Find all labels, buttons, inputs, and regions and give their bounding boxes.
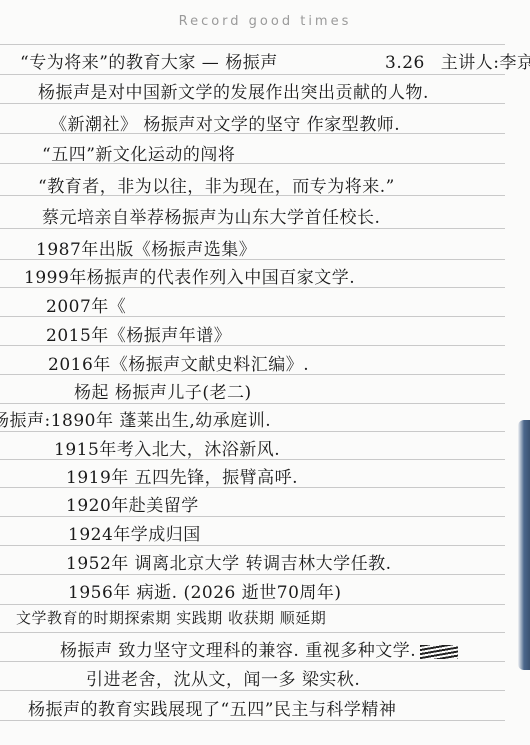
note-line: 2007年《 — [46, 292, 126, 317]
page-header: Record good times — [0, 14, 530, 29]
rule — [0, 545, 505, 546]
rule — [0, 574, 505, 575]
note-line: 1956年 病逝. (2026 逝世70周年) — [68, 578, 342, 603]
note-line: “五四”新文化运动的闯将 — [42, 140, 235, 165]
note-line: 引进老舍，沈从文，闻一多 梁实秋. — [86, 665, 360, 690]
note-line: 1924年学成归国 — [68, 520, 201, 545]
rule — [0, 44, 505, 45]
rule — [0, 516, 505, 517]
page-edge-shadow — [518, 420, 530, 670]
note-line: 1915年考入北大，沐浴新风. — [54, 435, 280, 460]
note-line: 《新潮社》 杨振声对文学的坚守 作家型教师. — [50, 110, 400, 135]
rule — [0, 661, 505, 662]
note-line: 杨起 杨振声儿子(老二) — [74, 378, 252, 403]
crossed-out-scribble — [420, 645, 458, 659]
note-line: 杨振声:1890年 蓬莱出生,幼承庭训. — [0, 406, 271, 431]
note-text: 杨振声 致力坚守文理科的兼容. 重视多种文学. — [60, 641, 416, 661]
title-text: “专为将来”的教育大家 — 杨振声 — [20, 53, 278, 73]
rule — [0, 720, 505, 721]
date: 3.26 — [385, 53, 425, 73]
note-line: 蔡元培亲自举荐杨振声为山东大学首任校长. — [42, 203, 380, 228]
note-line: “教育者，非为以往，非为现在，而专为将来.” — [38, 172, 395, 197]
title-meta: 3.26 主讲人:李京 — [385, 48, 530, 73]
title-line: “专为将来”的教育大家 — 杨振声 — [20, 48, 278, 73]
note-line: 1919年 五四先锋，振臂高呼. — [66, 463, 298, 488]
note-line: 1920年赴美留学 — [66, 491, 199, 516]
rule — [0, 228, 505, 229]
note-line: 1999年杨振声的代表作列入中国百家文学. — [24, 263, 355, 288]
rule — [0, 604, 505, 605]
note-line: 杨振声的教育实践展现了“五四”民主与科学精神 — [28, 695, 396, 720]
speaker: 主讲人:李京 — [441, 53, 530, 73]
rule — [0, 431, 505, 432]
rule — [0, 103, 505, 104]
note-line: 杨振声 致力坚守文理科的兼容. 重视多种文学. — [60, 636, 458, 661]
note-line: 1952年 调离北京大学 转调吉林大学任教. — [66, 549, 391, 574]
note-line: 2015年《杨振声年谱》 — [46, 321, 231, 346]
rule — [0, 74, 505, 75]
rule — [0, 403, 505, 404]
note-line: 杨振声是对中国新文学的发展作出突出贡献的人物. — [38, 78, 429, 103]
note-line: 1987年出版《杨振声选集》 — [36, 235, 256, 260]
note-line: 文学教育的时期探索期 实践期 收获期 顺延期 — [16, 607, 326, 628]
rule — [0, 632, 505, 633]
note-line: 2016年《杨振声文献史料汇编》. — [48, 350, 309, 375]
rule — [0, 690, 505, 691]
